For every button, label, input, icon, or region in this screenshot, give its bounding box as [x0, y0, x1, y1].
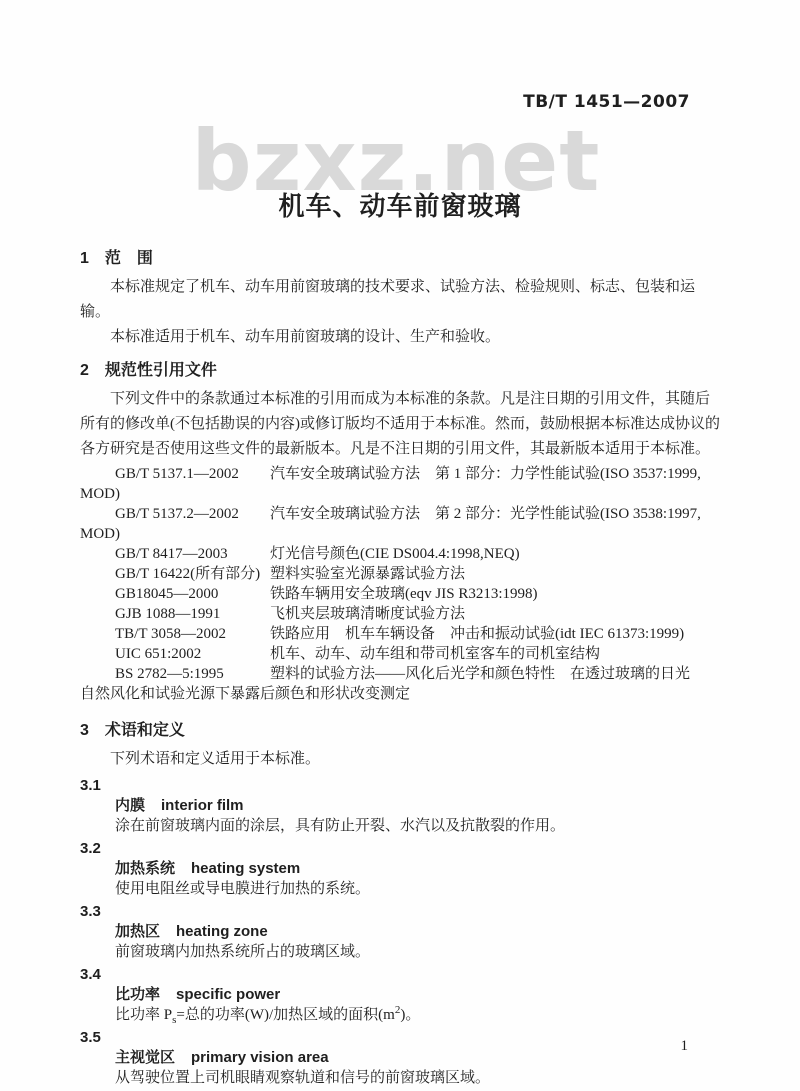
reference-continuation: MOD) [80, 524, 722, 544]
term-name-zh: 比功率 [115, 986, 160, 1003]
term-definition-formula: 比功率 Ps=总的功率(W)/加热区域的面积(m2)。 [115, 1005, 722, 1025]
reference-code: GJB 1088—1991 [115, 604, 270, 624]
reference-description: 铁路车辆用安全玻璃(eqv JIS R3213:1998) [270, 586, 538, 602]
reference-row: UIC 651:2002机车、动车、动车组和带司机室客车的司机室结构 [80, 644, 722, 664]
term-name: 内膜interior film [115, 796, 722, 816]
term-name-en: primary vision area [191, 1049, 329, 1066]
reference-row: GB18045—2000铁路车辆用安全玻璃(eqv JIS R3213:1998… [80, 584, 722, 604]
reference-row: GB/T 5137.1—2002汽车安全玻璃试验方法 第 1 部分：力学性能试验… [80, 464, 722, 484]
document-body: 1 范 围 本标准规定了机车、动车用前窗玻璃的技术要求、试验方法、检验规则、标志… [80, 246, 722, 1088]
terms-intro-paragraph: 下列术语和定义适用于本标准。 [80, 747, 722, 772]
term-name-en: heating system [191, 860, 300, 877]
term-number: 3.4 [80, 965, 722, 985]
term-entry: 3.4 比功率specific power 比功率 Ps=总的功率(W)/加热区… [80, 965, 722, 1025]
scope-paragraph: 本标准规定了机车、动车用前窗玻璃的技术要求、试验方法、检验规则、标志、包装和运输… [80, 275, 722, 325]
term-name: 加热区heating zone [115, 922, 722, 942]
term-number: 3.3 [80, 902, 722, 922]
reference-description: 灯光信号颜色(CIE DS004.4:1998,NEQ) [270, 546, 520, 562]
term-name: 比功率specific power [115, 985, 722, 1005]
term-number: 3.5 [80, 1028, 722, 1048]
term-name-en: heating zone [176, 923, 268, 940]
term-number: 3.1 [80, 776, 722, 796]
formula-pre: 比功率 P [115, 1007, 172, 1023]
term-name: 主视觉区primary vision area [115, 1048, 722, 1068]
reference-row: GB/T 8417—2003灯光信号颜色(CIE DS004.4:1998,NE… [80, 544, 722, 564]
term-name-zh: 加热系统 [115, 860, 175, 877]
document-title: 机车、动车前窗玻璃 [0, 186, 800, 223]
term-definition: 从驾驶位置上司机眼睛观察轨道和信号的前窗玻璃区域。 [115, 1068, 722, 1088]
doc-number: TB/T 1451—2007 [523, 92, 690, 112]
reference-row: GJB 1088—1991飞机夹层玻璃清晰度试验方法 [80, 604, 722, 624]
reference-description: 汽车安全玻璃试验方法 第 2 部分：光学性能试验(ISO 3538:1997, [270, 506, 701, 522]
reference-code: GB/T 5137.2—2002 [115, 504, 270, 524]
term-entry: 3.5 主视觉区primary vision area 从驾驶位置上司机眼睛观察… [80, 1028, 722, 1088]
references-list: GB/T 5137.1—2002汽车安全玻璃试验方法 第 1 部分：力学性能试验… [80, 464, 722, 704]
reference-continuation: MOD) [80, 484, 722, 504]
applicability-paragraph: 本标准适用于机车、动车用前窗玻璃的设计、生产和验收。 [80, 325, 722, 350]
term-definition: 前窗玻璃内加热系统所占的玻璃区域。 [115, 942, 722, 962]
reference-code: BS 2782—5:1995 [115, 664, 270, 684]
reference-row: TB/T 3058—2002铁路应用 机车车辆设备 冲击和振动试验(idt IE… [80, 624, 722, 644]
term-definition: 涂在前窗玻璃内面的涂层，具有防止开裂、水汽以及抗散裂的作用。 [115, 816, 722, 836]
reference-description: 铁路应用 机车车辆设备 冲击和振动试验(idt IEC 61373:1999) [270, 626, 684, 642]
reference-description: 机车、动车、动车组和带司机室客车的司机室结构 [270, 646, 600, 662]
reference-code: GB/T 8417—2003 [115, 544, 270, 564]
reference-row: GB/T 16422(所有部分)塑料实验室光源暴露试验方法 [80, 564, 722, 584]
term-name-zh: 加热区 [115, 923, 160, 940]
reference-description: 汽车安全玻璃试验方法 第 1 部分：力学性能试验(ISO 3537:1999, [270, 466, 701, 482]
section-3-heading: 3 术语和定义 [80, 718, 722, 743]
reference-code: UIC 651:2002 [115, 644, 270, 664]
term-number: 3.2 [80, 839, 722, 859]
section-2-heading: 2 规范性引用文件 [80, 358, 722, 383]
term-name: 加热系统heating system [115, 859, 722, 879]
page-number: 1 [681, 1038, 689, 1055]
reference-code: GB18045—2000 [115, 584, 270, 604]
term-definition: 使用电阻丝或导电膜进行加热的系统。 [115, 879, 722, 899]
reference-description: 塑料的试验方法——风化后光学和颜色特性 在透过玻璃的日光 [270, 666, 690, 682]
reference-code: TB/T 3058—2002 [115, 624, 270, 644]
term-name-zh: 内膜 [115, 797, 145, 814]
references-intro-paragraph: 下列文件中的条款通过本标准的引用而成为本标准的条款。凡是注日期的引用文件，其随后… [80, 387, 722, 462]
term-name-zh: 主视觉区 [115, 1049, 175, 1066]
reference-row: GB/T 5137.2—2002汽车安全玻璃试验方法 第 2 部分：光学性能试验… [80, 504, 722, 524]
terms-list: 3.1 内膜interior film 涂在前窗玻璃内面的涂层，具有防止开裂、水… [80, 776, 722, 1088]
reference-row: BS 2782—5:1995塑料的试验方法——风化后光学和颜色特性 在透过玻璃的… [80, 664, 722, 684]
term-name-en: interior film [161, 797, 244, 814]
reference-description: 塑料实验室光源暴露试验方法 [270, 566, 465, 582]
term-entry: 3.1 内膜interior film 涂在前窗玻璃内面的涂层，具有防止开裂、水… [80, 776, 722, 836]
formula-post: )。 [400, 1007, 420, 1023]
reference-continuation: 自然风化和试验光源下暴露后颜色和形状改变测定 [80, 684, 722, 704]
section-1-heading: 1 范 围 [80, 246, 722, 271]
reference-code: GB/T 16422(所有部分) [115, 564, 270, 584]
document-page: TB/T 1451—2007 bzxz.net 机车、动车前窗玻璃 1 范 围 … [0, 0, 800, 1091]
formula-mid: =总的功率(W)/加热区域的面积(m [176, 1007, 394, 1023]
reference-code: GB/T 5137.1—2002 [115, 464, 270, 484]
term-entry: 3.3 加热区heating zone 前窗玻璃内加热系统所占的玻璃区域。 [80, 902, 722, 962]
reference-description: 飞机夹层玻璃清晰度试验方法 [270, 606, 465, 622]
term-name-en: specific power [176, 986, 280, 1003]
term-entry: 3.2 加热系统heating system 使用电阻丝或导电膜进行加热的系统。 [80, 839, 722, 899]
